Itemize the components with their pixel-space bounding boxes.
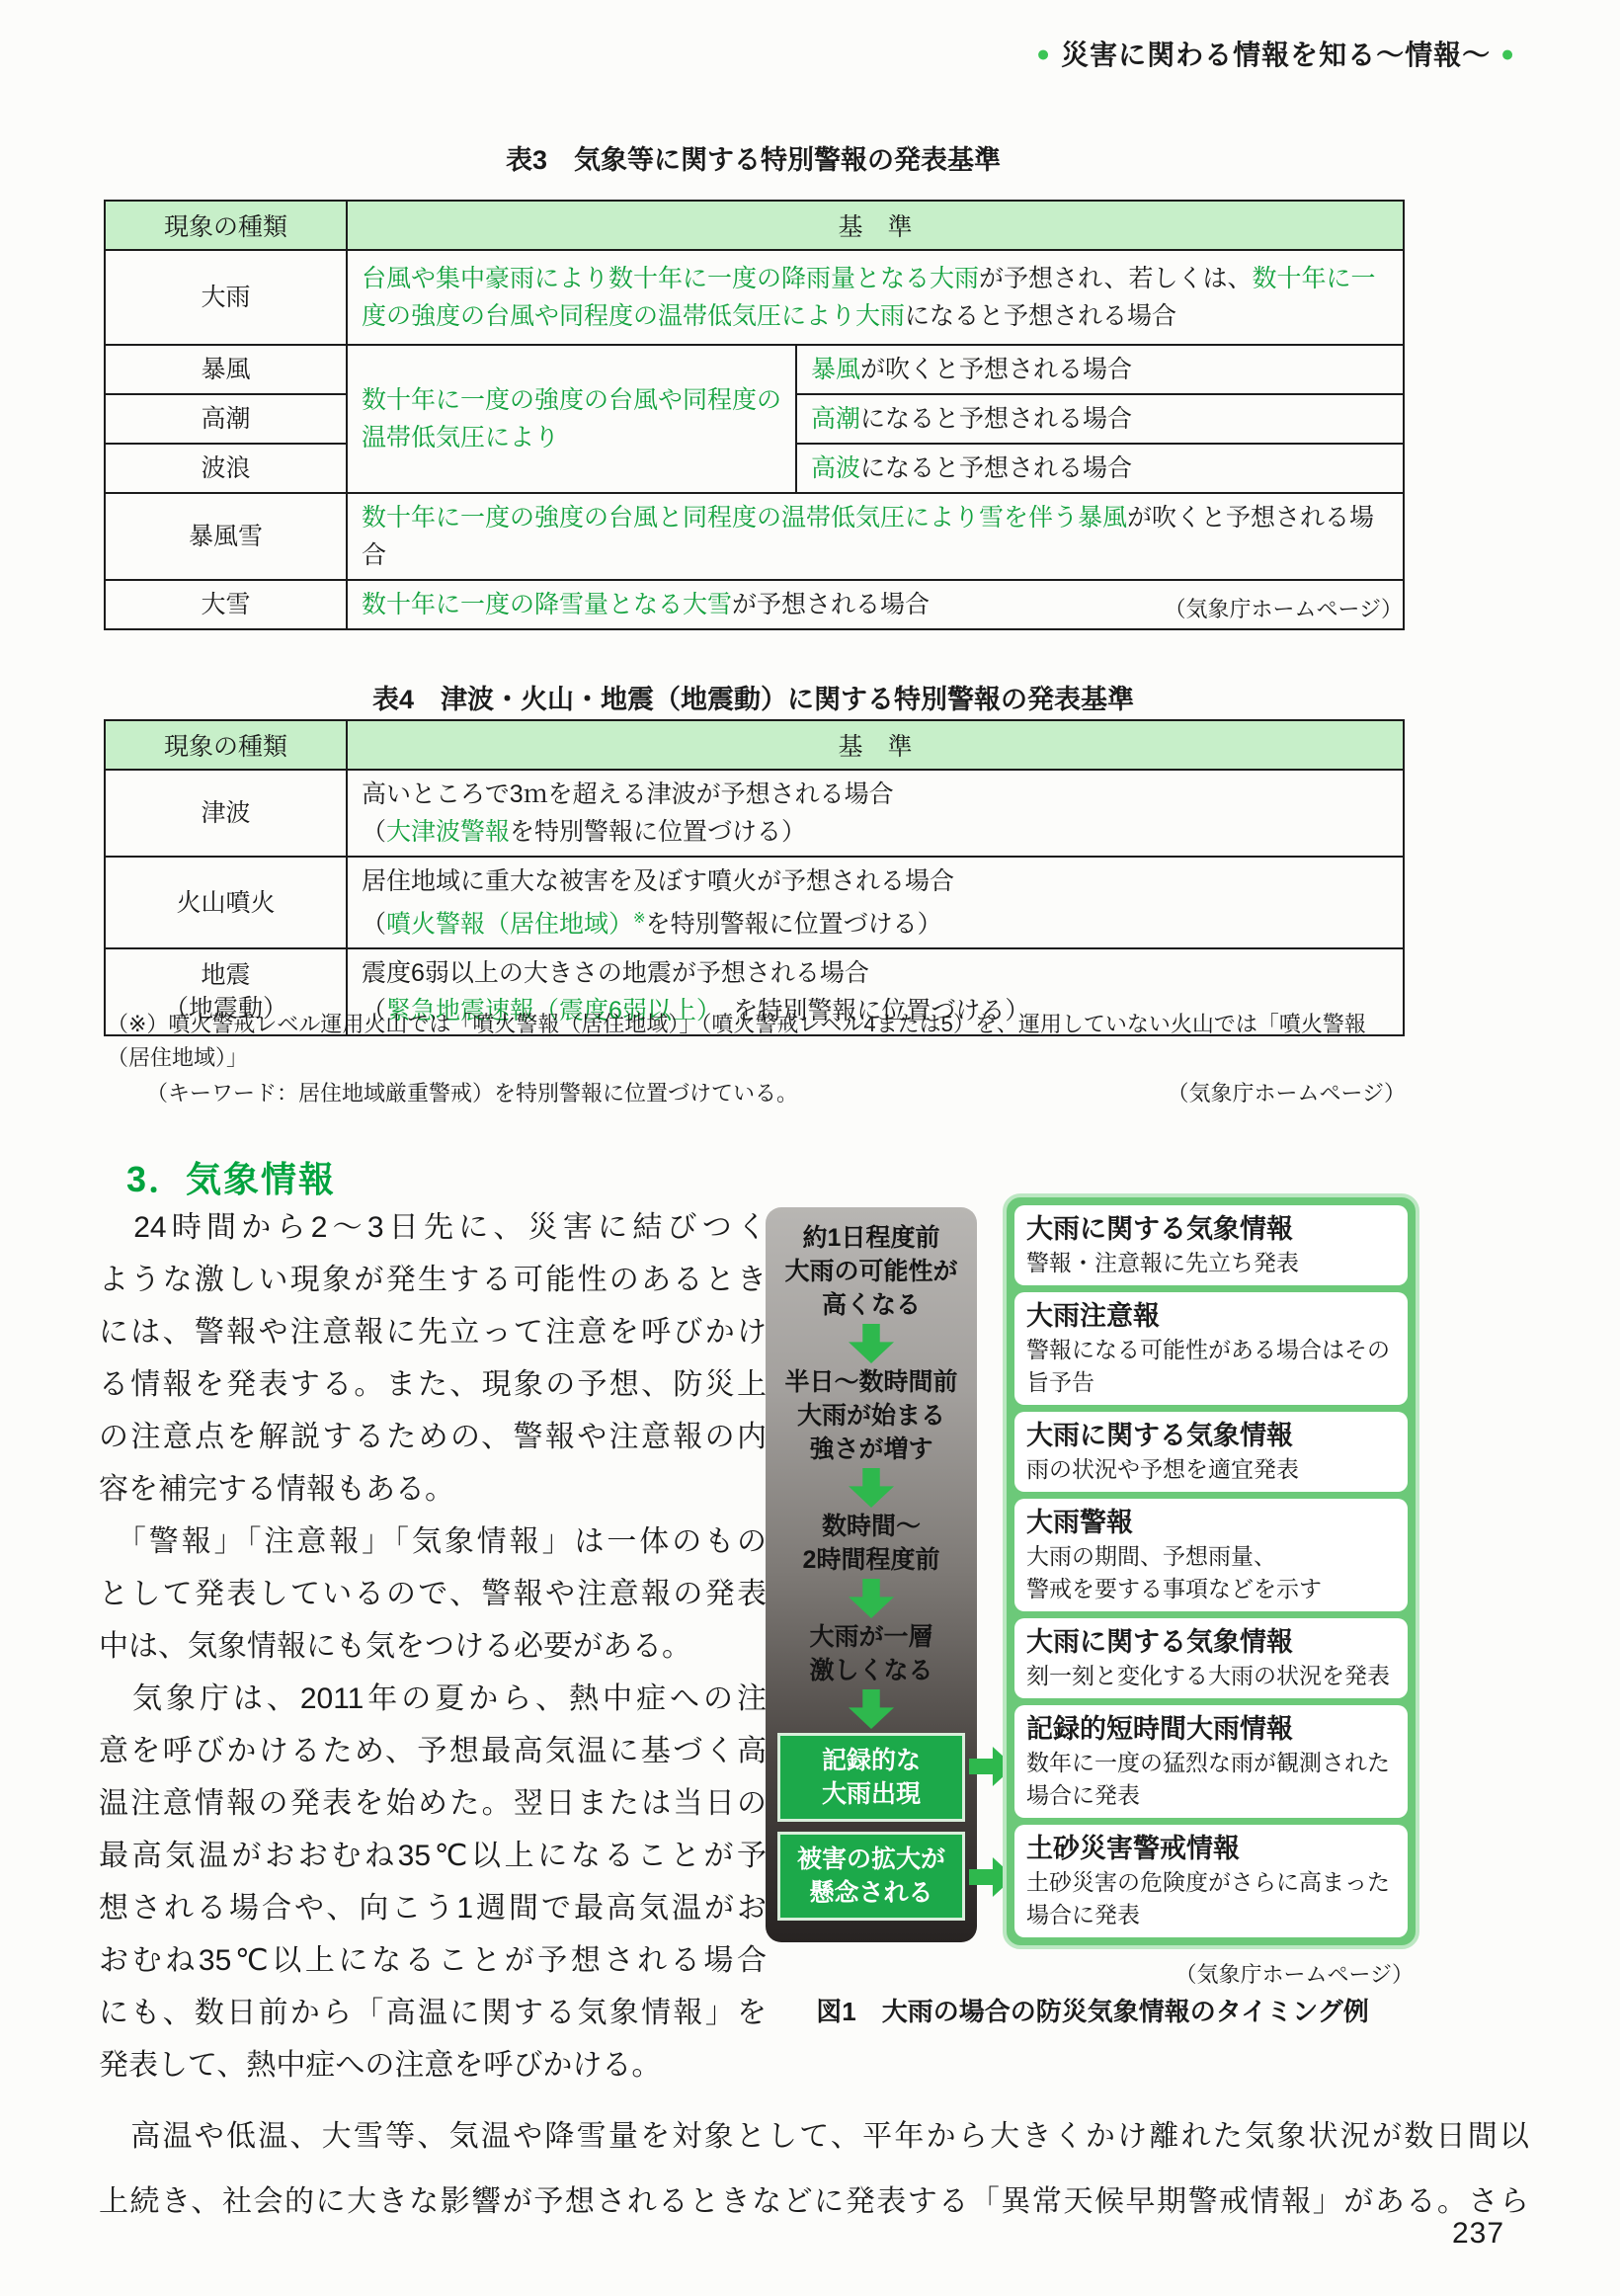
body-text-line: 容を補完する情報もある。 [99, 1463, 767, 1516]
criteria-storm: 暴風が吹くと予想される場合 [796, 345, 1404, 394]
body-text-line: 最高気温がおおむね35℃以上になることが予 [99, 1830, 767, 1882]
criteria-heavy-rain: 台風や集中豪雨により数十年に一度の降雨量となる大雨が予想され、若しくは、数十年に… [347, 250, 1404, 345]
body-text-column: 24時間から2～3日先に、災害に結びつく ような激しい現象が発生する可能性のある… [99, 1201, 767, 2091]
timeline-stage: 数時間～ 2時間程度前 [766, 1510, 977, 1577]
info-box: 大雨注意報 警報になる可能性がある場合はその旨予告 [1014, 1292, 1408, 1405]
criteria-snowstorm: 数十年に一度の強度の台風と同程度の温帯低気圧により雪を伴う暴風が吹くと予想される… [347, 493, 1404, 580]
table3-col-header-type: 現象の種類 [105, 201, 347, 250]
body-text-line: おむね35℃以上になることが予想される場合 [99, 1934, 767, 1987]
row-label-eruption: 火山噴火 [105, 857, 347, 948]
table3-title: 表3 気象等に関する特別警報の発表基準 [104, 138, 1403, 177]
timeline-stage: 半日～数時間前 大雨が始まる 強さが増す [766, 1365, 977, 1466]
info-box: 大雨に関する気象情報 刻一刻と変化する大雨の状況を発表 [1014, 1618, 1408, 1698]
table4-footnote: （※）噴火警戒レベル運用火山では「噴火警報（居住地域）」（噴火警戒レベル4または… [107, 1008, 1406, 1110]
table-row: 火山噴火 居住地域に重大な被害を及ぼす噴火が予想される場合（噴火警報（居住地域）… [105, 857, 1404, 948]
body-text-line: 上続き、社会的に大きな影響が予想されるときなどに発表する「異常天候早期警戒情報」… [99, 2170, 1529, 2235]
body-text-line: の注意点を解説するための、警報や注意報の内 [99, 1411, 767, 1463]
down-arrow-icon [849, 1468, 894, 1508]
criteria-high-tide: 高潮になると予想される場合 [796, 394, 1404, 444]
timeline-stage: 大雨が一層 激しくなる [766, 1620, 977, 1687]
alert-box-damage-concern: 被害の拡大が 懸念される [777, 1832, 965, 1921]
down-arrow-icon [849, 1579, 894, 1618]
body-text-line: 想される場合や、向こう1週間で最高気温がお [99, 1882, 767, 1934]
info-box: 記録的短時間大雨情報 数年に一度の猛烈な雨が観測された場合に発表 [1014, 1705, 1408, 1818]
body-text-line: として発表しているので、警報や注意報の発表 [99, 1568, 767, 1620]
info-box: 大雨に関する気象情報 雨の状況や予想を適宜発表 [1014, 1412, 1408, 1492]
table3-header-row: 現象の種類 基 準 [105, 201, 1404, 250]
body-text-line: にも、数日前から「高温に関する気象情報」を [99, 1987, 767, 2039]
table-row: 大雨 台風や集中豪雨により数十年に一度の降雨量となる大雨が予想され、若しくは、数… [105, 250, 1404, 345]
green-dot-icon: ● [1491, 41, 1525, 66]
alert-box-record-rain: 記録的な 大雨出現 [777, 1733, 965, 1822]
table-row: 津波 高いところで3ｍを超える津波が予想される場合（大津波警報を特別警報に位置づ… [105, 770, 1404, 857]
footnote-mark: ※ [633, 910, 646, 927]
page-number: 237 [1452, 2217, 1504, 2251]
table4-col-header-criteria: 基 準 [347, 720, 1404, 770]
row-label-heavy-rain: 大雨 [105, 250, 347, 345]
document-page: ●災害に関わる情報を知る～情報～● 表3 気象等に関する特別警報の発表基準 現象… [0, 0, 1620, 2296]
info-box: 土砂災害警戒情報 土砂災害の危険度がさらに高まった場合に発表 [1014, 1825, 1408, 1937]
body-text-line: 温注意情報の発表を始めた。翌日または当日の [99, 1777, 767, 1830]
figure1-caption: 図1 大雨の場合の防災気象情報のタイミング例 [766, 1992, 1419, 2028]
criteria-merged-typhoon: 数十年に一度の強度の台風や同程度の温帯低気圧により [347, 345, 796, 493]
figure1-source-credit: （気象庁ホームページ） [1174, 1958, 1414, 1989]
body-text-line: る情報を発表する。また、現象の予想、防災上 [99, 1358, 767, 1411]
table3-special-warning-weather: 現象の種類 基 準 大雨 台風や集中豪雨により数十年に一度の降雨量となる大雨が予… [104, 200, 1405, 630]
table-row: 暴風 数十年に一度の強度の台風や同程度の温帯低気圧により 暴風が吹くと予想される… [105, 345, 1404, 394]
criteria-eruption: 居住地域に重大な被害を及ぼす噴火が予想される場合（噴火警報（居住地域）※を特別警… [347, 857, 1404, 948]
row-label-storm: 暴風 [105, 345, 347, 394]
body-text-line: 気象庁は、2011年の夏から、熱中症への注 [99, 1673, 767, 1725]
table4-title: 表4 津波・火山・地震（地震動）に関する特別警報の発表基準 [104, 678, 1403, 716]
table4-header-row: 現象の種類 基 準 [105, 720, 1404, 770]
body-text-line: 24時間から2～3日先に、災害に結びつく [99, 1201, 767, 1254]
row-label-high-tide: 高潮 [105, 394, 347, 444]
page-header: ●災害に関わる情報を知る～情報～● [1026, 34, 1525, 73]
table4-col-header-type: 現象の種類 [105, 720, 347, 770]
row-label-waves: 波浪 [105, 444, 347, 493]
green-dot-icon: ● [1026, 41, 1061, 66]
row-label-snowstorm: 暴風雪 [105, 493, 347, 580]
criteria-waves: 高波になると予想される場合 [796, 444, 1404, 493]
body-text-line: 発表して、熱中症への注意を呼びかける。 [99, 2039, 767, 2091]
info-box: 大雨警報 大雨の期間、予想雨量、 警戒を要する事項などを示す [1014, 1499, 1408, 1611]
table4-source-credit: （気象庁ホームページ） [1167, 1077, 1406, 1110]
down-arrow-icon [849, 1689, 894, 1729]
down-arrow-icon [849, 1324, 894, 1363]
table3-col-header-criteria: 基 準 [347, 201, 1404, 250]
timeline-stage: 約1日程度前 大雨の可能性が 高くなる [766, 1221, 977, 1322]
info-box: 大雨に関する気象情報 警報・注意報に先立ち発表 [1014, 1205, 1408, 1285]
table3-source-credit: （気象庁ホームページ） [104, 593, 1403, 623]
table4-special-warning-tsunami-volcano-quake: 現象の種類 基 準 津波 高いところで3ｍを超える津波が予想される場合（大津波警… [104, 719, 1405, 1036]
figure1-info-column: 大雨に関する気象情報 警報・注意報に先立ち発表 大雨注意報 警報になる可能性があ… [1003, 1193, 1419, 1949]
footnote-line2: （キーワード：居住地域厳重警戒）を特別警報に位置づけている。 [146, 1077, 798, 1110]
body-text-line: 意を呼びかけるため、予想最高気温に基づく高 [99, 1725, 767, 1777]
criteria-tsunami: 高いところで3ｍを超える津波が予想される場合（大津波警報を特別警報に位置づける） [347, 770, 1404, 857]
table-row: 暴風雪 数十年に一度の強度の台風と同程度の温帯低気圧により雪を伴う暴風が吹くと予… [105, 493, 1404, 580]
body-text-line: には、警報や注意報に先立って注意を呼びかけ [99, 1306, 767, 1358]
body-text-line: ような激しい現象が発生する可能性のあるとき [99, 1254, 767, 1306]
body-text-line: 中は、気象情報にも気をつける必要がある。 [99, 1620, 767, 1673]
body-text-line: 「警報」「注意報」「気象情報」は一体のもの [99, 1516, 767, 1568]
figure1-timeline-column: 約1日程度前 大雨の可能性が 高くなる 半日～数時間前 大雨が始まる 強さが増す… [766, 1207, 977, 1942]
footnote-line1: （※）噴火警戒レベル運用火山では「噴火警報（居住地域）」（噴火警戒レベル4または… [107, 1008, 1406, 1075]
section3-heading: 3．気象情報 [126, 1152, 336, 1202]
figure1-timing-diagram: 約1日程度前 大雨の可能性が 高くなる 半日～数時間前 大雨が始まる 強さが増す… [766, 1193, 1419, 2033]
page-header-title: 災害に関わる情報を知る～情報～ [1061, 40, 1491, 70]
body-text-line: 高温や低温、大雪等、気温や降雪量を対象として、平年から大きくかけ離れた気象状況が… [99, 2104, 1529, 2170]
bottom-paragraph: 高温や低温、大雪等、気温や降雪量を対象として、平年から大きくかけ離れた気象状況が… [99, 2104, 1529, 2235]
row-label-tsunami: 津波 [105, 770, 347, 857]
